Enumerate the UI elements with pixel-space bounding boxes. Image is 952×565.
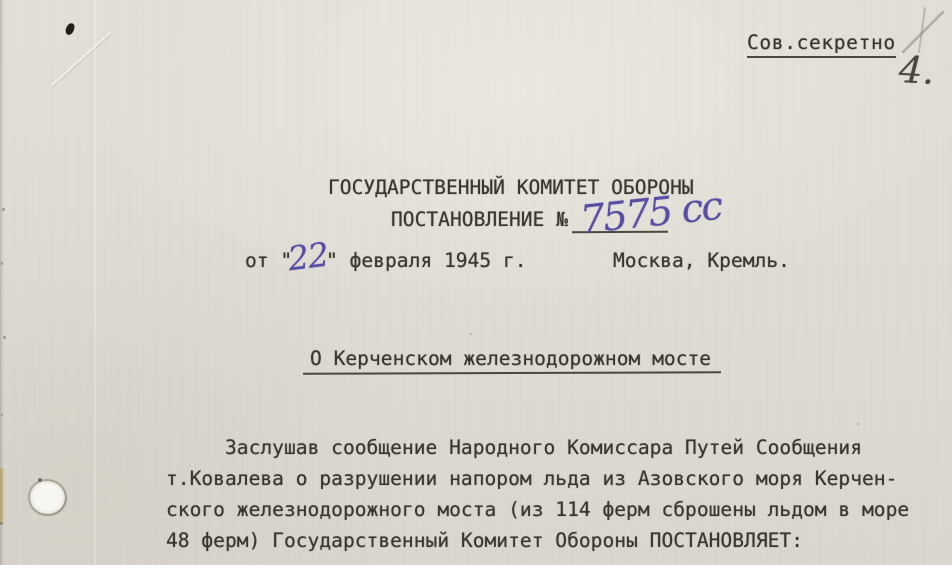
body-line-1: Заслушав сообщение Народного Комиссара П… <box>225 437 862 459</box>
date-prefix: от " <box>245 250 292 272</box>
paper-crease <box>51 32 110 86</box>
scanned-document-page: Сов.секретно 4. ГОСУДАРСТВЕННЫЙ КОМИТЕТ … <box>0 0 952 565</box>
paper-speck <box>1 414 3 416</box>
secrecy-stamp: Сов.секретно <box>747 32 896 58</box>
date-rest: " февраля 1945 г. <box>326 250 527 272</box>
subject-underline <box>303 371 721 374</box>
date-day-handwritten: 22 <box>286 235 330 279</box>
punch-hole <box>30 481 65 514</box>
place-line: Москва, Кремль. <box>613 250 790 272</box>
paper-speck <box>1 262 3 265</box>
body-line-4: 48 ферм) Государственный Комитет Обороны… <box>166 530 803 552</box>
paper-speck <box>0 522 3 525</box>
paper-fold-line <box>94 0 96 565</box>
paper-speck <box>3 336 6 339</box>
paper-speck <box>857 423 859 425</box>
paper-speck <box>470 333 472 335</box>
folio-number-handwritten: 4. <box>898 48 936 93</box>
paper-speck <box>2 208 5 211</box>
decree-label: ПОСТАНОВЛЕНИЕ № <box>391 209 568 231</box>
paper-speck <box>38 478 42 482</box>
subject-title: О Керченском железнодорожном мосте <box>310 348 711 370</box>
body-line-3: ского железнодорожного моста (из 114 фер… <box>166 499 909 521</box>
body-line-2: т.Ковалева о разрушении напором льда из … <box>166 468 897 490</box>
ink-blot-mark <box>65 22 76 36</box>
left-edge-stain <box>0 468 3 524</box>
